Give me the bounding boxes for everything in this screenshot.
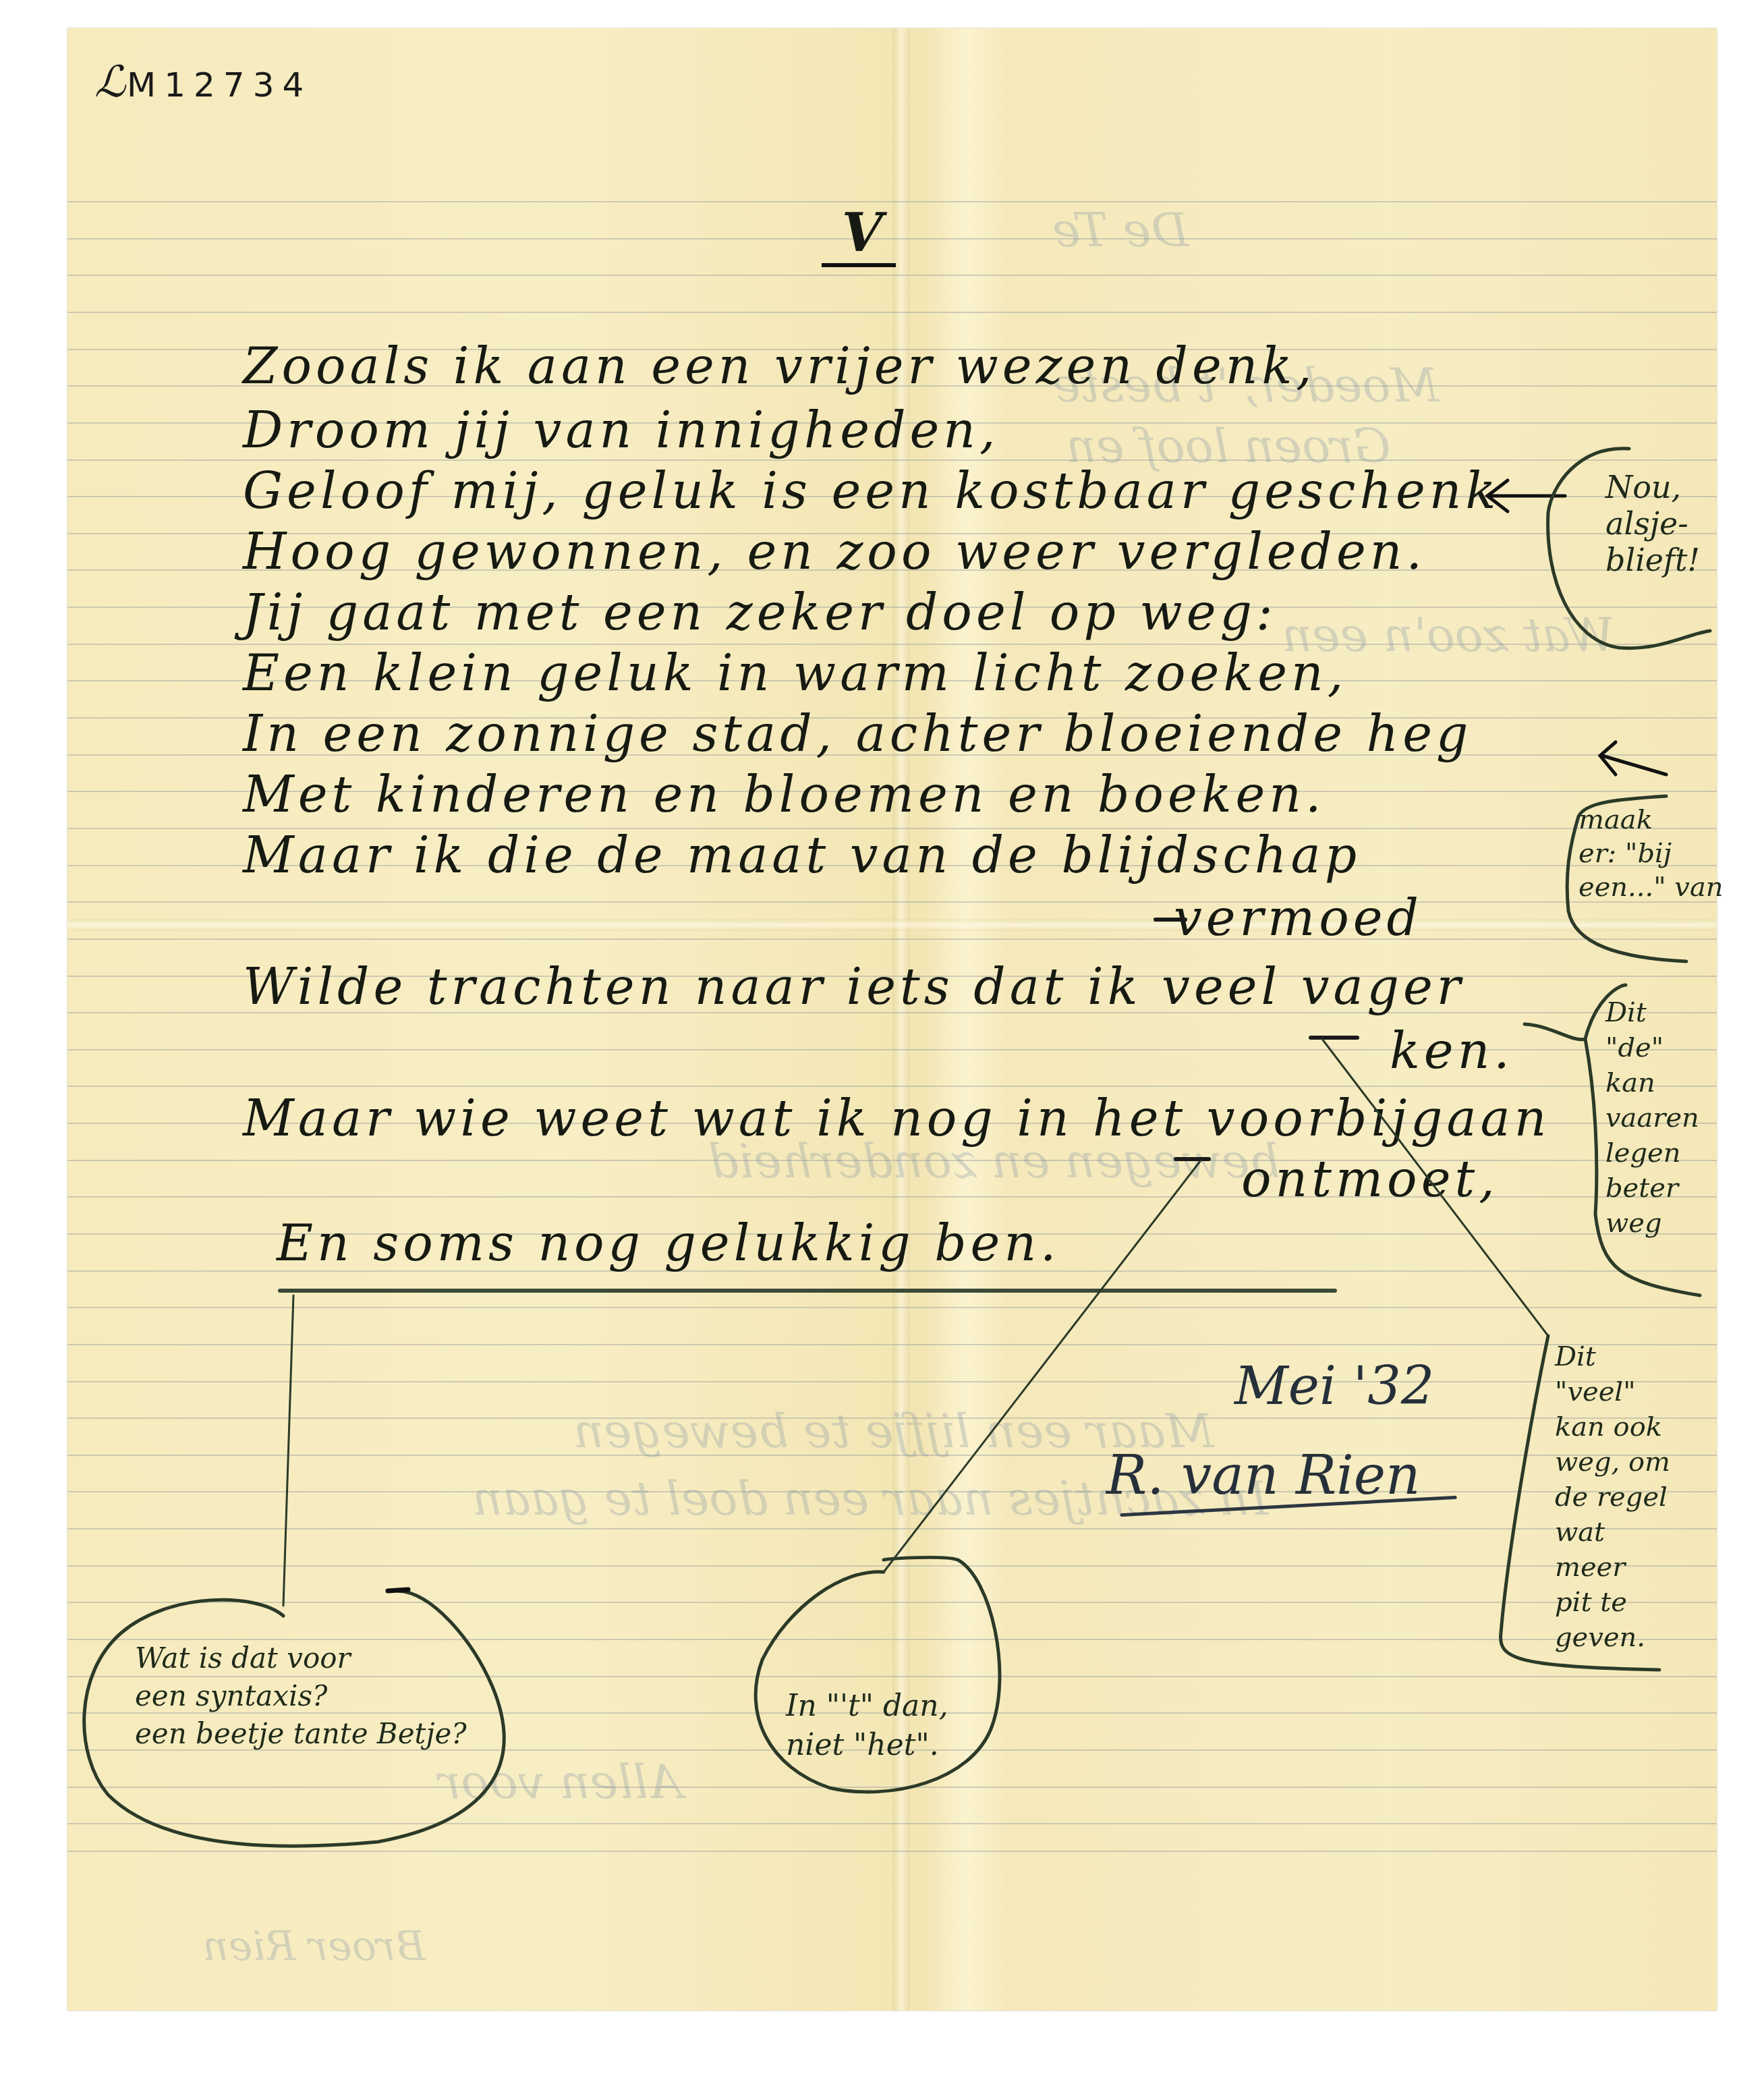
annotation-dit-de: Dit "de" kan vaaren legen beter weg — [1605, 995, 1699, 1241]
annotation-bubble-syntaxis: Wat is dat voor een syntaxis? een beetje… — [135, 1639, 467, 1753]
annotation-maak-bij-een: maak er: "bij een..." van — [1578, 803, 1724, 904]
annotation-dit-veel: Dit "veel" kan ook weg, om de regel wat … — [1555, 1339, 1670, 1655]
annotation-strokes — [0, 0, 1764, 2078]
annotation-bubble-t-dan: In "'t" dan, niet "het". — [786, 1687, 948, 1765]
annotation-nou-alsjeblieft: Nou, alsje- blieft! — [1605, 469, 1700, 578]
